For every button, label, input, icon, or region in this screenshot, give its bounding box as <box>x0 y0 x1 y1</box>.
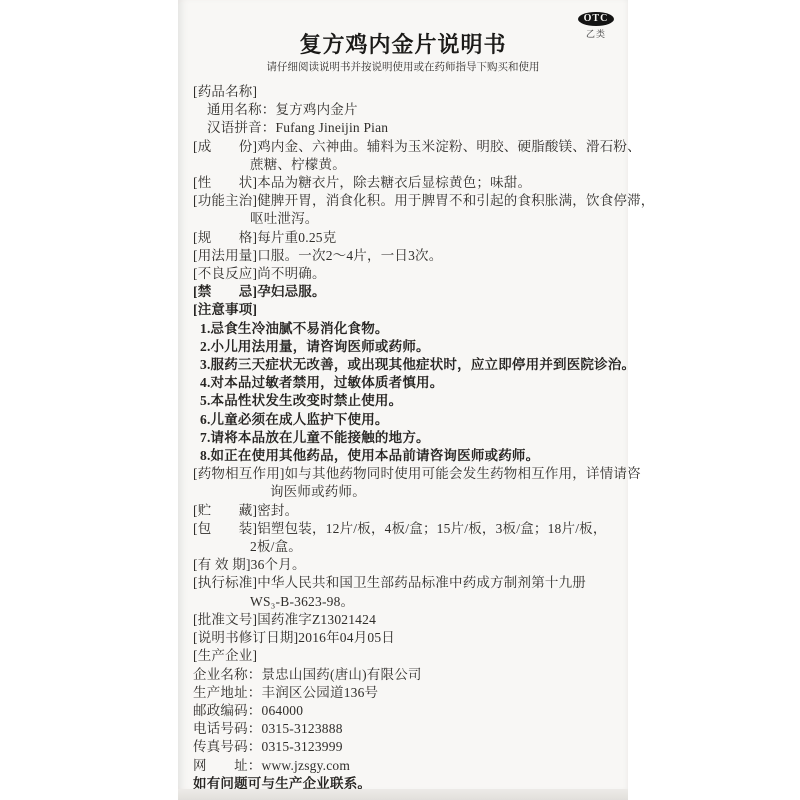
paper-bottom-edge <box>178 789 628 800</box>
doc-line: 企业名称：景忠山国药(唐山)有限公司 <box>193 666 616 684</box>
doc-line: 传真号码：0315-3123999 <box>193 738 616 756</box>
doc-line: [禁 忌]孕妇忌服。 <box>193 283 616 301</box>
doc-line: [包 装]铝塑包装，12片/板，4板/盒；15片/板，3板/盒；18片/板， <box>193 520 616 538</box>
doc-line: 1.忌食生冷油腻不易消化食物。 <box>193 320 616 338</box>
otc-category-label: 乙类 <box>578 27 614 40</box>
otc-badge: OTC 乙类 <box>578 12 614 40</box>
doc-line: 2.小儿用法用量，请咨询医师或药师。 <box>193 338 616 356</box>
doc-line: 电话号码：0315-3123888 <box>193 720 616 738</box>
doc-line: [有 效 期]36个月。 <box>193 556 616 574</box>
doc-line: [药品名称] <box>193 83 616 101</box>
doc-line: [规 格]每片重0.25克 <box>193 229 616 247</box>
doc-line: 网 址：www.jzsgy.com <box>193 757 616 775</box>
doc-line: 通用名称：复方鸡内金片 <box>193 101 616 119</box>
doc-line: 邮政编码：064000 <box>193 702 616 720</box>
doc-line: 6.儿童必须在成人监护下使用。 <box>193 411 616 429</box>
doc-line: 汉语拼音：Fufang Jineijin Pian <box>193 119 616 137</box>
doc-line: 2板/盒。 <box>193 538 616 556</box>
doc-line: 3.服药三天症状无改善，或出现其他症状时，应立即停用并到医院诊治。 <box>193 356 616 374</box>
doc-line: [注意事项] <box>193 301 616 319</box>
document-body: [药品名称]通用名称：复方鸡内金片汉语拼音：Fufang Jineijin Pi… <box>193 83 616 793</box>
doc-line: [贮 藏]密封。 <box>193 502 616 520</box>
doc-line: [药物相互作用]如与其他药物同时使用可能会发生药物相互作用，详情请咨 <box>193 465 616 483</box>
doc-line: 蔗糖、柠檬黄。 <box>193 156 616 174</box>
doc-line: [功能主治]健脾开胃，消食化积。用于脾胃不和引起的食积胀满，饮食停滞， <box>193 192 616 210</box>
doc-line: [性 状]本品为糖衣片，除去糖衣后显棕黄色；味甜。 <box>193 174 616 192</box>
doc-line: WS₃-B-3623-98。 <box>193 593 616 611</box>
doc-line: 生产地址：丰润区公园道136号 <box>193 684 616 702</box>
document-title: 复方鸡内金片说明书 <box>178 0 628 59</box>
doc-line: 5.本品性状发生改变时禁止使用。 <box>193 392 616 410</box>
otc-logo: OTC <box>578 12 614 26</box>
doc-line: [生产企业] <box>193 647 616 665</box>
doc-line: [成 份]鸡内金、六神曲。辅料为玉米淀粉、明胶、硬脂酸镁、滑石粉、 <box>193 138 616 156</box>
doc-line: [执行标准]中华人民共和国卫生部药品标准中药成方制剂第十九册 <box>193 574 616 592</box>
doc-line: [不良反应]尚不明确。 <box>193 265 616 283</box>
doc-line: [用法用量]口服。一次2～4片，一日3次。 <box>193 247 616 265</box>
doc-line: 询医师或药师。 <box>193 483 616 501</box>
doc-line: [批准文号]国药准字Z13021424 <box>193 611 616 629</box>
doc-line: [说明书修订日期]2016年04月05日 <box>193 629 616 647</box>
doc-line: 8.如正在使用其他药品，使用本品前请咨询医师或药师。 <box>193 447 616 465</box>
doc-line: 7.请将本品放在儿童不能接触的地方。 <box>193 429 616 447</box>
package-insert-page: OTC 乙类 复方鸡内金片说明书 请仔细阅读说明书并按说明使用或在药师指导下购买… <box>178 0 628 790</box>
document-subtitle: 请仔细阅读说明书并按说明使用或在药师指导下购买和使用 <box>178 61 628 74</box>
doc-line: 4.对本品过敏者禁用，过敏体质者慎用。 <box>193 374 616 392</box>
doc-line: 呕吐泄泻。 <box>193 210 616 228</box>
